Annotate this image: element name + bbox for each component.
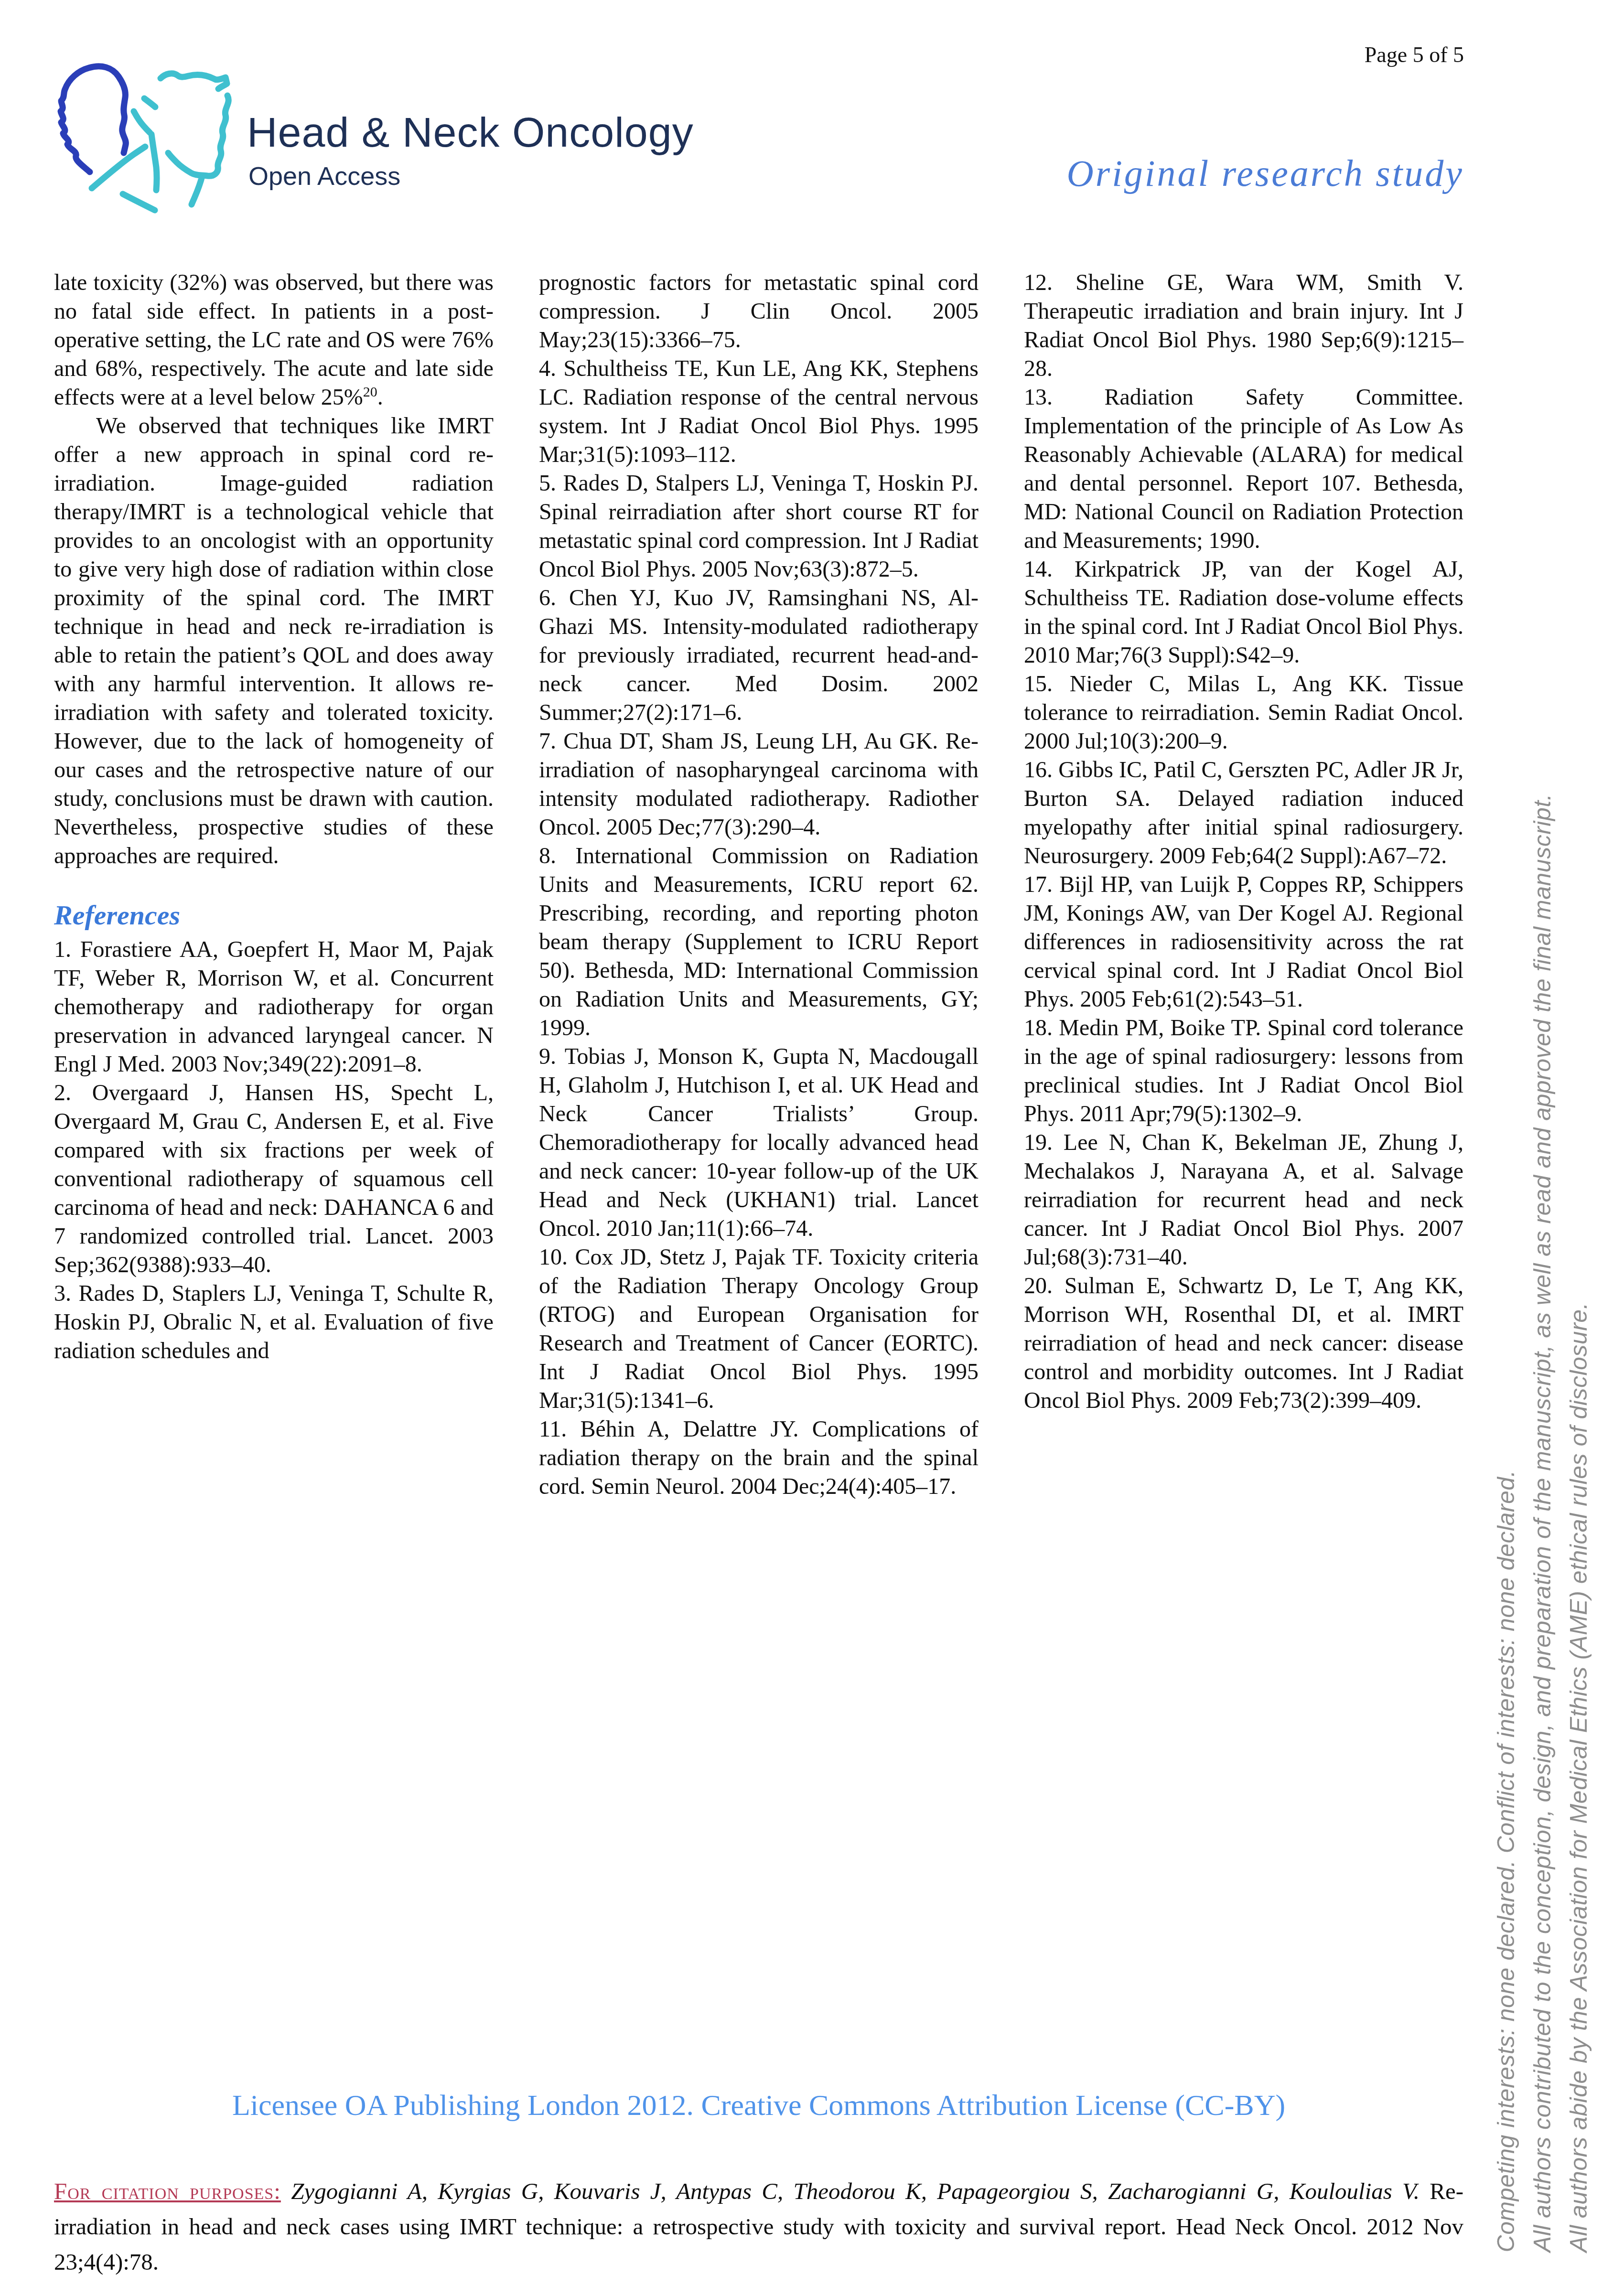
- references-heading: References: [54, 901, 494, 930]
- text-column-3: 12. Sheline GE, Wara WM, Smith V. Therap…: [1024, 268, 1463, 1415]
- discussion-paragraph-2: We observed that techniques like IMRT of…: [54, 412, 494, 870]
- author-declaration-note: All authors abide by the Association for…: [1565, 1302, 1592, 2252]
- references-list-col2: prognostic factors for metastatic spinal…: [539, 268, 979, 1501]
- author-declarations-sidebar: Competing interests: none declared. Conf…: [1492, 676, 1592, 2252]
- reference-item: 9. Tobias J, Monson K, Gupta N, Macdouga…: [539, 1042, 979, 1243]
- open-access-label: Open Access: [248, 161, 400, 191]
- reference-item: 11. Béhin A, Delattre JY. Complications …: [539, 1415, 979, 1501]
- citation-block: For citation purposes: Zygogianni A, Kyr…: [54, 2174, 1463, 2280]
- reference-item: 18. Medin PM, Boike TP. Spinal cord tole…: [1024, 1014, 1463, 1128]
- reference-item: 16. Gibbs IC, Patil C, Gerszten PC, Adle…: [1024, 756, 1463, 870]
- reference-item: 17. Bijl HP, van Luijk P, Coppes RP, Sch…: [1024, 870, 1463, 1014]
- reference-item: prognostic factors for metastatic spinal…: [539, 268, 979, 354]
- reference-item: 3. Rades D, Staplers LJ, Veninga T, Schu…: [54, 1279, 494, 1365]
- reference-superscript: 20: [363, 384, 377, 400]
- citation-label: For citation purposes:: [54, 2178, 281, 2204]
- references-list-col1: 1. Forastiere AA, Goepfert H, Maor M, Pa…: [54, 935, 494, 1365]
- reference-item: 13. Radiation Safety Committee. Implemen…: [1024, 383, 1463, 555]
- reference-item: 14. Kirkpatrick JP, van der Kogel AJ, Sc…: [1024, 555, 1463, 670]
- reference-item: 19. Lee N, Chan K, Bekelman JE, Zhung J,…: [1024, 1128, 1463, 1272]
- text-column-2: prognostic factors for metastatic spinal…: [539, 268, 979, 1501]
- reference-item: 20. Sulman E, Schwartz D, Le T, Ang KK, …: [1024, 1272, 1463, 1415]
- reference-item: 7. Chua DT, Sham JS, Leung LH, Au GK. Re…: [539, 727, 979, 842]
- license-line: Licensee OA Publishing London 2012. Crea…: [54, 2089, 1463, 2123]
- reference-item: 4. Schultheiss TE, Kun LE, Ang KK, Steph…: [539, 354, 979, 469]
- discussion-paragraph-1: late toxicity (32%) was observed, but th…: [54, 268, 494, 412]
- reference-item: 15. Nieder C, Milas L, Ang KK. Tissue to…: [1024, 670, 1463, 756]
- references-list-col3: 12. Sheline GE, Wara WM, Smith V. Therap…: [1024, 268, 1463, 1415]
- author-declaration-note: All authors contributed to the conceptio…: [1528, 794, 1556, 2252]
- citation-authors: Zygogianni A, Kyrgias G, Kouvaris J, Ant…: [291, 2178, 1420, 2204]
- reference-item: 10. Cox JD, Stetz J, Pajak TF. Toxicity …: [539, 1243, 979, 1415]
- journal-title: Head & Neck Oncology: [247, 108, 694, 157]
- author-declaration-note: Competing interests: none declared. Conf…: [1492, 1470, 1520, 2252]
- journal-page: Page 5 of 5 Head & Neck Oncology Open Ac…: [0, 0, 1624, 2296]
- text-column-1: late toxicity (32%) was observed, but th…: [54, 268, 494, 1365]
- reference-item: 12. Sheline GE, Wara WM, Smith V. Therap…: [1024, 268, 1463, 383]
- reference-item: 2. Overgaard J, Hansen HS, Specht L, Ove…: [54, 1079, 494, 1279]
- reference-item: 1. Forastiere AA, Goepfert H, Maor M, Pa…: [54, 935, 494, 1079]
- journal-logo-icon: [38, 38, 268, 244]
- reference-item: 6. Chen YJ, Kuo JV, Ramsinghani NS, Al-G…: [539, 584, 979, 727]
- reference-item: 8. International Commission on Radiation…: [539, 842, 979, 1042]
- page-indicator: Page 5 of 5: [1365, 42, 1464, 67]
- article-type-label: Original research study: [1067, 152, 1464, 195]
- reference-item: 5. Rades D, Stalpers LJ, Veninga T, Hosk…: [539, 469, 979, 584]
